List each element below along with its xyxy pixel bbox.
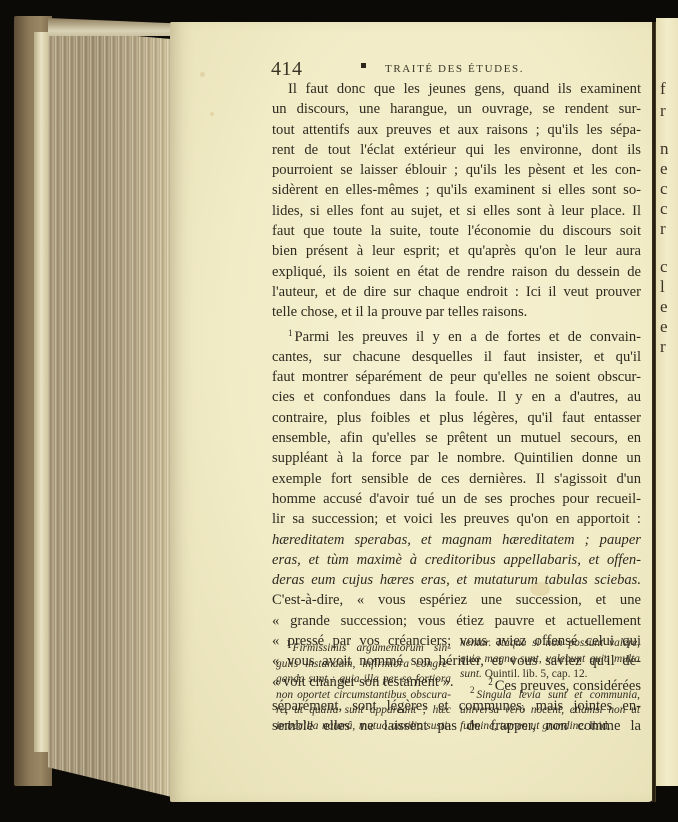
text-line: pourroient se laisser éblouir ; qu'ils l… <box>272 160 641 180</box>
page-block-edges <box>48 28 176 798</box>
text-line: cantes, sur chacune desquelles il faut i… <box>272 347 641 367</box>
footnote-ref-1: 1 <box>288 328 293 338</box>
text-line: faut que toute la suite, toute l'économi… <box>272 221 641 241</box>
running-head-title: TRAITÉ DES ÉTUDES. <box>385 63 524 75</box>
page-block-top-edge <box>48 18 176 36</box>
text-line: C'est-à-dire, « vous espériez une succes… <box>272 590 641 610</box>
right-page-glyph: f <box>660 80 666 97</box>
right-page-glyph: e <box>660 318 668 335</box>
text-line: faut montrer séparément de peur qu'elles… <box>272 367 641 387</box>
footnote-line: gulis instandum, infirmiora congre- <box>276 657 451 673</box>
text-line: un discours, une harangue, un ouvrage, s… <box>272 99 641 119</box>
page-number: 414 <box>271 58 303 81</box>
right-page-glyph: r <box>660 338 666 355</box>
citation: Quintil. lib. 5, cap. 12. <box>485 668 588 680</box>
footnote-line: universa verò nocent, etiamsi non ut <box>460 703 640 719</box>
latin-quote-line: deras eum cujus hæres eras, et mutaturum… <box>272 570 641 590</box>
text-segment: Singula levia sunt et communia, <box>477 689 641 701</box>
text-segment: Firmissimis argumentorum sin- <box>293 642 452 654</box>
right-page-glyph: e <box>660 160 668 177</box>
footnote-line: quia magna sunt, valebunt quia multa <box>460 652 640 668</box>
text-line: contraire, plus foibles et plus légères,… <box>272 408 641 428</box>
footnote-line: nentur. Itaque si non possunt valere, <box>460 636 640 652</box>
text-line: rent de tout l'éclat extérieur qui les e… <box>272 140 641 160</box>
text-line: telle chose, et il la prouve par telles … <box>272 302 641 322</box>
footnote-line: 2Singula levia sunt et communia, <box>460 683 640 704</box>
text-segment: fulmine, tamen ut grandine. <box>460 720 586 732</box>
text-line: exemple fort sensible de ces dernières. … <box>272 469 641 489</box>
right-page-glyph: c <box>660 200 668 217</box>
text-line: homme accusé d'avoir tué un de ses proch… <box>272 489 641 509</box>
text-line: Il faut donc que les jeunes gens, quand … <box>272 79 641 99</box>
footnote-line: re, ut qualia sunt appareant ; hæc <box>276 703 451 719</box>
footnote-line: 1Firmissimis argumentorum sin- <box>276 636 451 657</box>
text-line: sidèrent en elles-mêmes ; qu'ils examine… <box>272 180 641 200</box>
text-line: bien présent à leur esprit; et qu'après … <box>272 241 641 261</box>
footnote-marker-2: 2 <box>470 685 475 695</box>
text-line: tout attentifs aux preuves et aux raison… <box>272 120 641 140</box>
endpaper-strip <box>34 32 48 752</box>
foxing-spot <box>200 72 205 77</box>
footnote-line: ganda sunt : quia illa per se fortiora <box>276 672 451 688</box>
text-line: lir sa succession; et voici les preuves … <box>272 509 641 529</box>
text-line: suppléant à la force par le nombre. Quin… <box>272 448 641 468</box>
text-segment: Parmi les preuves il y en a de fortes et… <box>295 329 642 345</box>
right-page-glyph: e <box>660 298 668 315</box>
ornament-icon <box>361 63 366 68</box>
foxing-spot <box>210 112 214 116</box>
latin-quote-line: eras, et tùm maximè à creditoribus appel… <box>272 550 641 570</box>
right-page-glyph: c <box>660 180 668 197</box>
footnote-line: imbecilla naturâ, mutuo auxilio susti- <box>276 719 451 735</box>
text-line: « grande succession; vous étiez pauvre e… <box>272 611 641 631</box>
text-line: lides, si elles font au sujet, et si ell… <box>272 201 641 221</box>
text-segment: sunt. <box>460 668 482 680</box>
text-line: 1Parmi les preuves il y en a de fortes e… <box>272 323 641 347</box>
right-page-glyph: n <box>660 140 669 157</box>
right-page-glyph: r <box>660 220 666 237</box>
right-page-sliver: f r n e c c r c l e e r <box>656 18 678 786</box>
right-page-glyph: r <box>660 102 666 119</box>
footnote-column-right: nentur. Itaque si non possunt valere, qu… <box>460 636 640 734</box>
running-head: 414 TRAITÉ DES ÉTUDES. <box>271 58 651 80</box>
text-line: l'auteur, et de dire sur chaque endroit … <box>272 282 641 302</box>
footnote-line: sunt. Quintil. lib. 5, cap. 12. <box>460 667 640 683</box>
right-page-glyph: c <box>660 258 668 275</box>
footnote-line: fulmine, tamen ut grandine. Ibid. <box>460 719 640 735</box>
text-line: cies et confondues dans la foule. Il y e… <box>272 387 641 407</box>
citation: Ibid. <box>589 720 610 732</box>
latin-quote-line: hæreditatem sperabas, et magnam hæredita… <box>272 530 641 550</box>
footnote-marker-1: 1 <box>286 638 291 648</box>
text-line: ensemble, afin qu'elles se prêtent un mu… <box>272 428 641 448</box>
footnote-column-left: 1Firmissimis argumentorum sin- gulis ins… <box>276 636 451 734</box>
right-page-glyph: l <box>660 278 665 295</box>
text-line: expliqué, ils soient en état de rendre r… <box>272 262 641 282</box>
footnote-line: non oportet circumstantibus obscura- <box>276 688 451 704</box>
